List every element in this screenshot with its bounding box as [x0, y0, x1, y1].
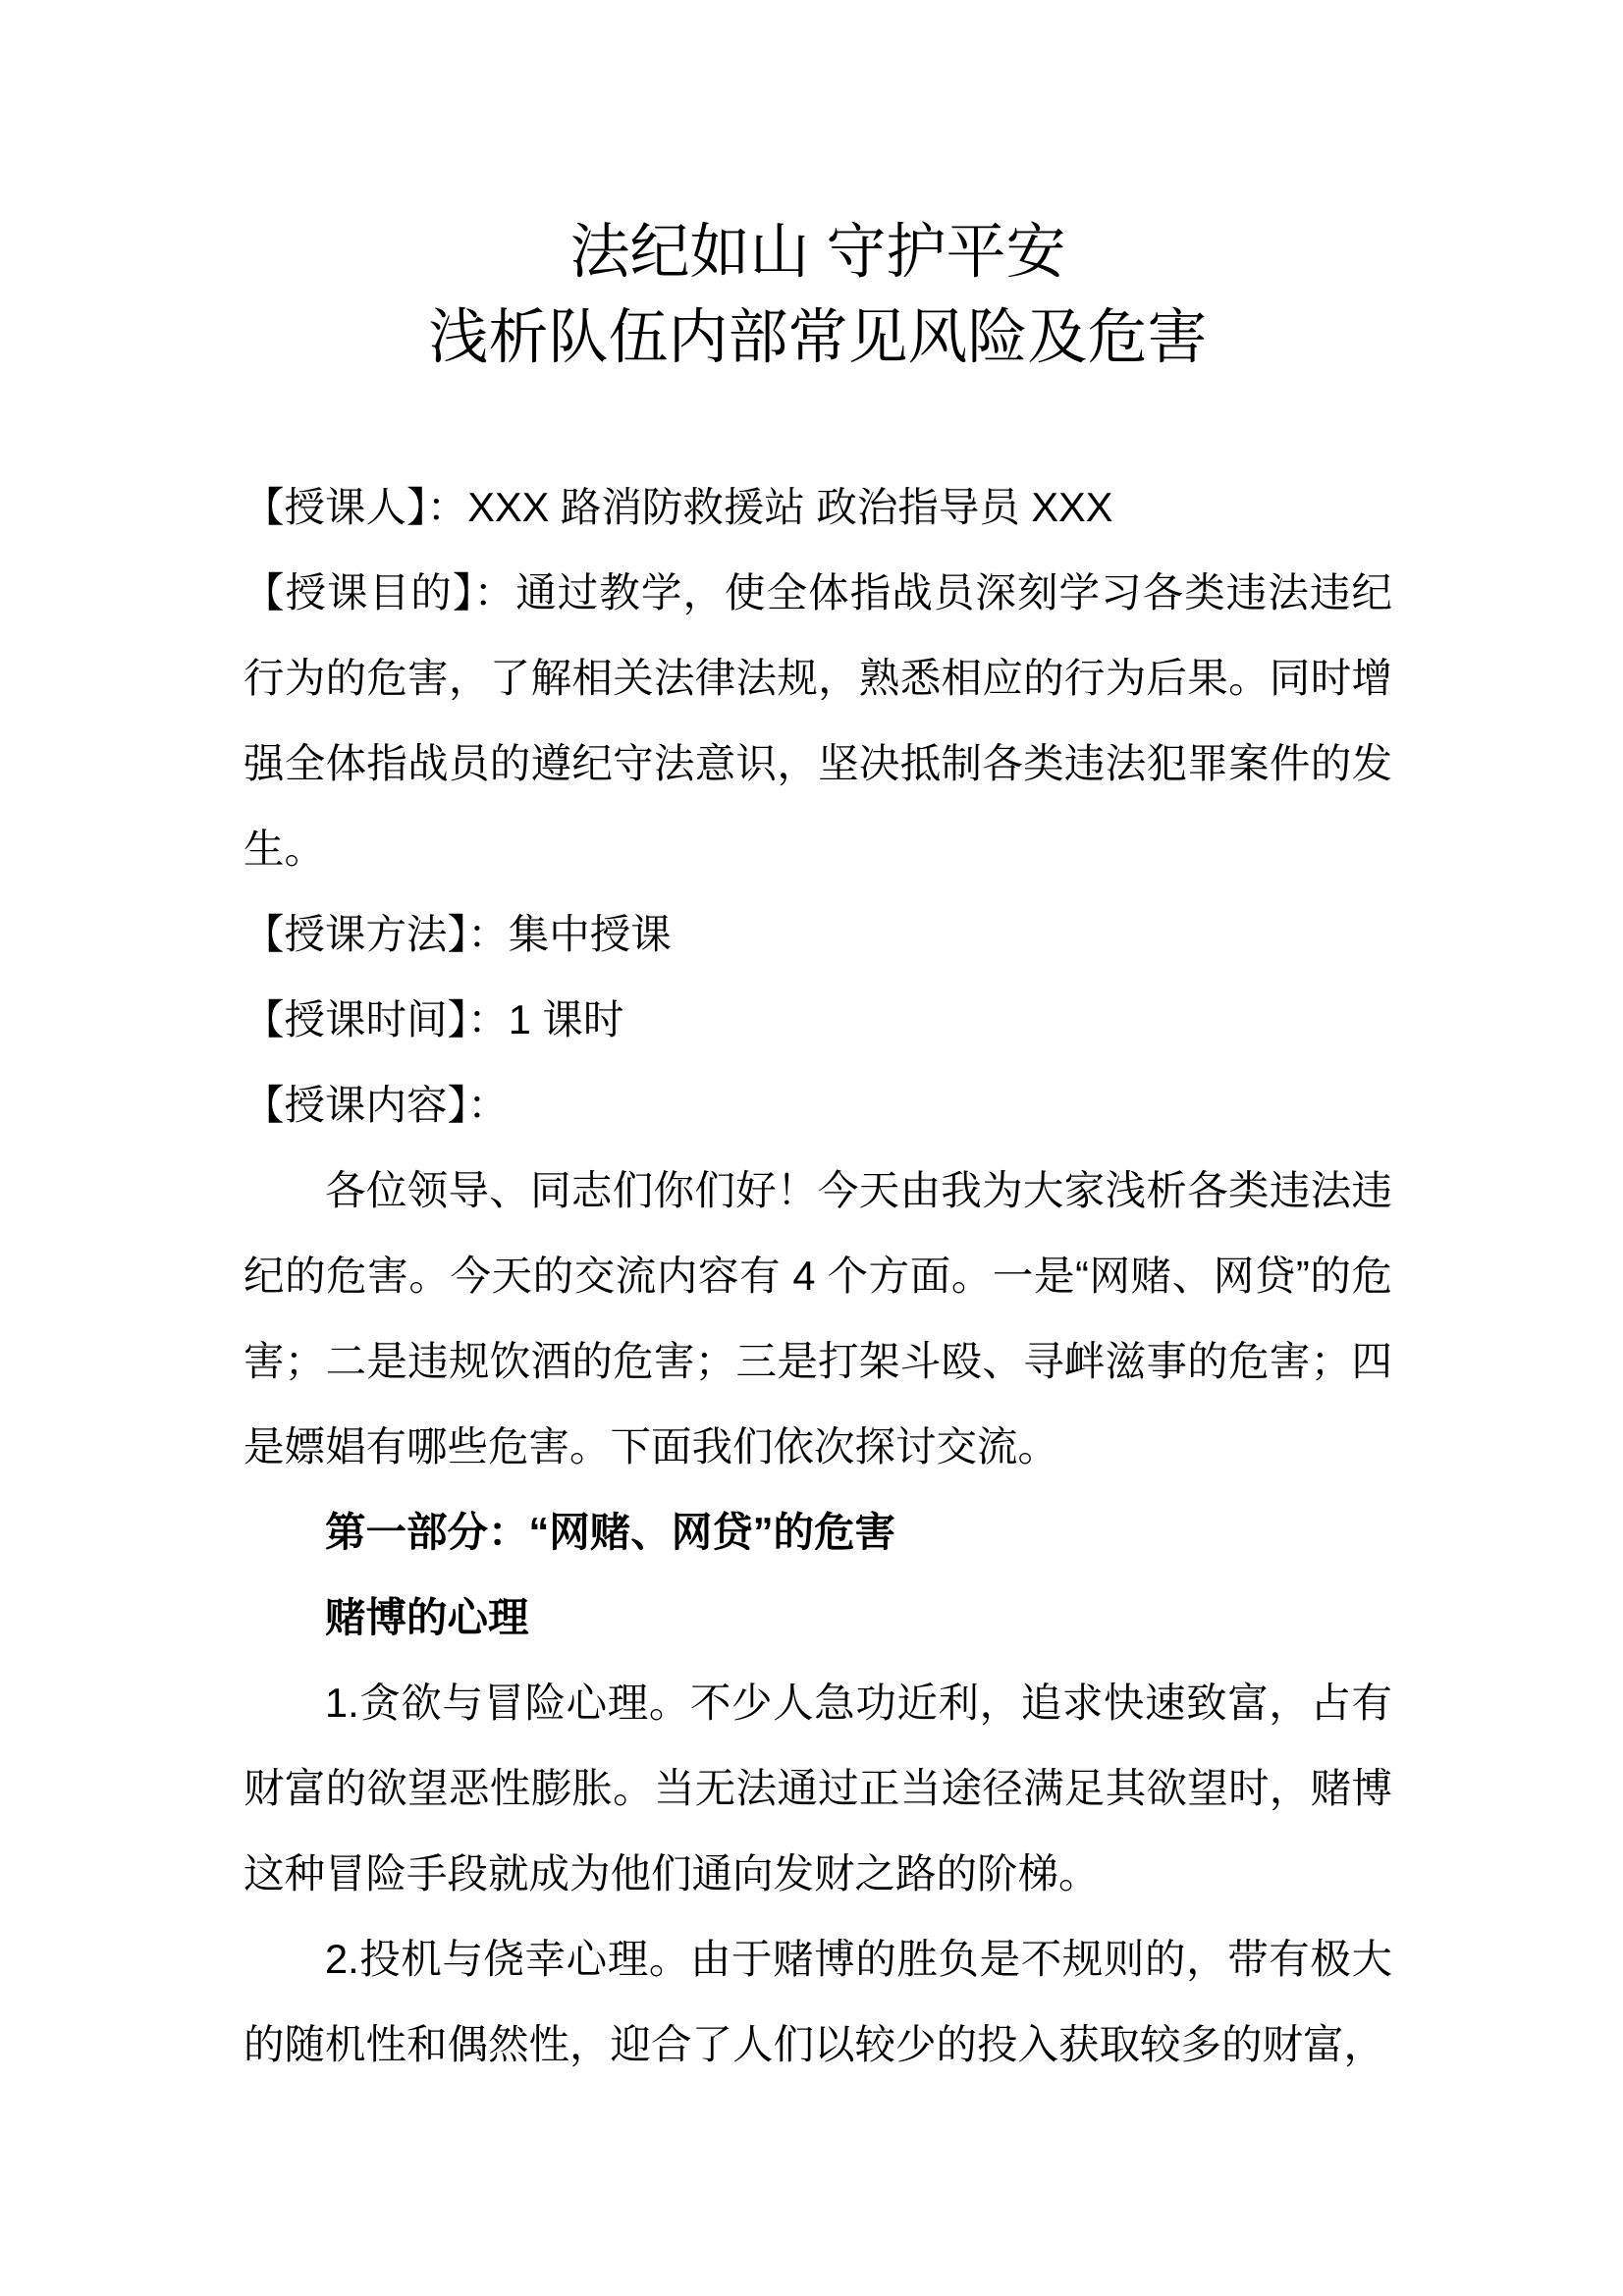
paragraph-duration-line: 【授课时间】：1 课时	[243, 977, 1392, 1062]
paragraph-purpose: 【授课目的】：通过教学，使全体指战员深刻学习各类违法违纪行为的危害，了解相关法律…	[243, 550, 1392, 891]
paragraph-method-line: 【授课方法】：集中授课	[243, 891, 1392, 977]
paragraph-point-1: 1.贪欲与冒险心理。不少人急功近利，追求快速致富，占有财富的欲望恶性膨胀。当无法…	[243, 1660, 1392, 1916]
document-title: 法纪如山 守护平安 浅析队伍内部常见风险及危害	[243, 209, 1392, 380]
heading-gambling-psychology: 赌博的心理	[243, 1575, 1392, 1660]
paragraph-lecturer-line: 【授课人】：XXX 路消防救援站 政治指导员 XXX	[243, 464, 1392, 550]
document-body: 【授课人】：XXX 路消防救援站 政治指导员 XXX 【授课目的】：通过教学，使…	[243, 464, 1392, 2087]
document-page: 法纪如山 守护平安 浅析队伍内部常见风险及危害 【授课人】：XXX 路消防救援站…	[0, 0, 1623, 2296]
paragraph-point-2: 2.投机与侥幸心理。由于赌博的胜负是不规则的，带有极大的随机性和偶然性，迎合了人…	[243, 1916, 1392, 2087]
document-title-line-1: 法纪如山 守护平安	[243, 209, 1392, 294]
document-title-line-2: 浅析队伍内部常见风险及危害	[243, 294, 1392, 380]
heading-part-one: 第一部分：“网赌、网贷”的危害	[243, 1489, 1392, 1575]
paragraph-greeting: 各位领导、同志们你们好！今天由我为大家浅析各类违法违纪的危害。今天的交流内容有 …	[243, 1148, 1392, 1489]
paragraph-content-label: 【授课内容】：	[243, 1062, 1392, 1148]
